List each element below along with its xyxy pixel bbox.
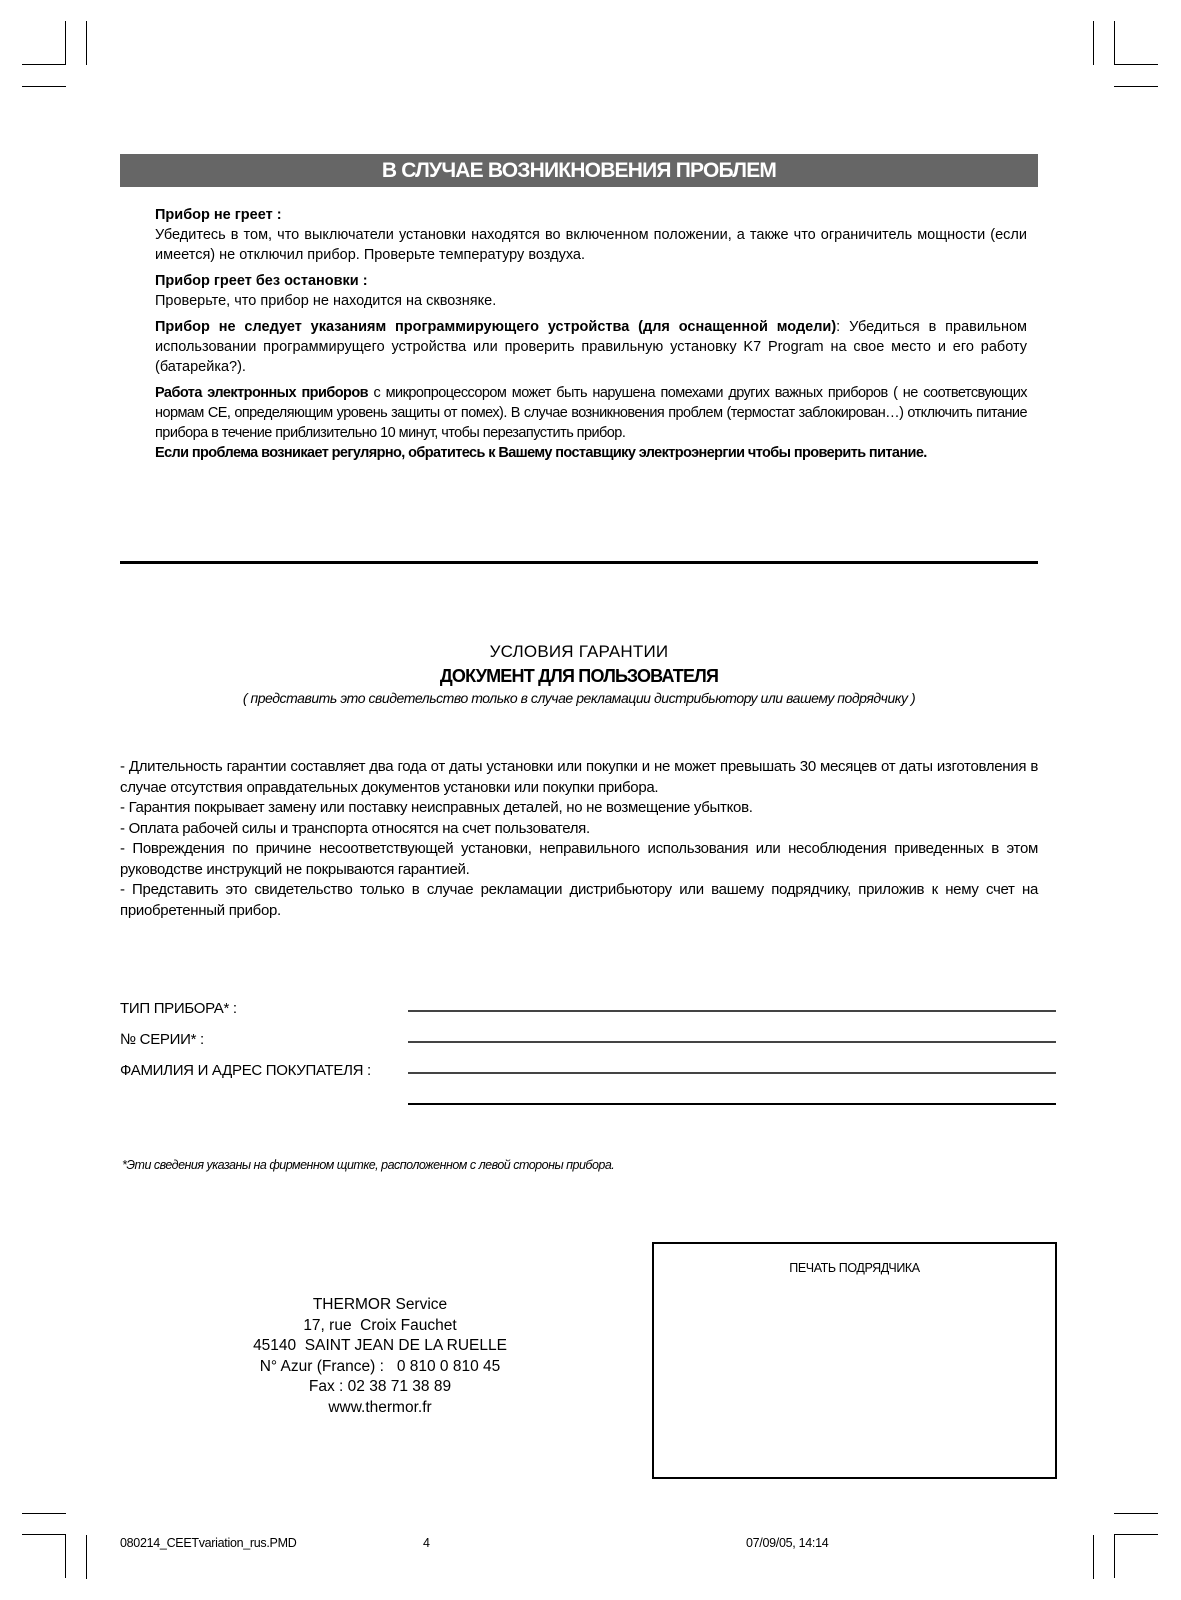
footnote: *Эти сведения указаны на фирменном щитке…	[122, 1158, 614, 1172]
trouble-item: Работа электронных приборов с микропроце…	[155, 383, 1027, 443]
warranty-condition: - Представить это свидетельство только в…	[120, 880, 1038, 921]
trouble-text: Убедитесь в том, что выключатели установ…	[155, 227, 1027, 263]
trouble-item: Прибор не следует указаниям программирую…	[155, 317, 1027, 377]
crop-mark	[65, 1534, 66, 1578]
crop-mark	[22, 1534, 66, 1535]
trouble-heading: Прибор греет без остановки :	[155, 273, 368, 289]
crop-mark	[1114, 1513, 1158, 1514]
warranty-note: ( представить это свидетельство только в…	[120, 690, 1038, 706]
crop-mark	[1093, 1535, 1094, 1579]
crop-mark	[22, 64, 66, 65]
footer-datetime: 07/09/05, 14:14	[746, 1536, 828, 1550]
trouble-text: Проверьте, что прибор не находится на ск…	[155, 293, 496, 309]
stamp-label: ПЕЧАТЬ ПОДРЯДЧИКА	[654, 1261, 1055, 1275]
trouble-item: Прибор не греет : Убедитесь в том, что в…	[155, 205, 1027, 265]
trouble-heading: Прибор не греет :	[155, 207, 282, 223]
address-line: N° Azur (France) : 0 810 0 810 45	[230, 1357, 530, 1378]
crop-mark	[1114, 64, 1158, 65]
warranty-subtitle: ДОКУМЕНТ ДЛЯ ПОЛЬЗОВАТЕЛЯ	[120, 666, 1038, 687]
address-line: Fax : 02 38 71 38 89	[230, 1377, 530, 1398]
serial-field[interactable]	[408, 1041, 1056, 1043]
address-line: 45140 SAINT JEAN DE LA RUELLE	[230, 1336, 530, 1357]
service-address: THERMOR Service 17, rue Croix Fauchet 45…	[230, 1295, 530, 1418]
address-line: 17, rue Croix Fauchet	[230, 1316, 530, 1337]
device-type-label: ТИП ПРИБОРА* :	[120, 1000, 237, 1017]
address-link[interactable]: www.thermor.fr	[230, 1398, 530, 1419]
crop-mark	[86, 1535, 87, 1579]
warranty-conditions: - Длительность гарантии составляет два г…	[120, 757, 1038, 921]
warranty-condition: - Гарантия покрывает замену или поставку…	[120, 798, 1038, 819]
address-line: THERMOR Service	[230, 1295, 530, 1316]
crop-mark	[86, 21, 87, 65]
buyer-label: ФАМИЛИЯ И АДРЕС ПОКУПАТЕЛЯ :	[120, 1062, 371, 1079]
section-divider	[120, 561, 1038, 564]
warranty-condition: - Повреждения по причине несоответствующ…	[120, 839, 1038, 880]
crop-mark	[1093, 21, 1094, 65]
footer-filename: 080214_CEETvariation_rus.PMD	[120, 1536, 296, 1550]
footer-page-number: 4	[423, 1536, 430, 1550]
trouble-final-note: Если проблема возникает регулярно, обрат…	[155, 443, 1027, 463]
crop-mark	[65, 21, 66, 65]
crop-mark	[1114, 1534, 1158, 1535]
buyer-field[interactable]	[408, 1072, 1056, 1074]
trouble-heading: Прибор не следует указаниям программирую…	[155, 319, 836, 335]
trouble-heading: Работа электронных приборов	[155, 385, 368, 401]
crop-mark	[22, 1513, 66, 1514]
contractor-stamp-box: ПЕЧАТЬ ПОДРЯДЧИКА	[652, 1242, 1057, 1479]
buyer-field-line-2[interactable]	[408, 1103, 1056, 1105]
crop-mark	[1114, 21, 1115, 65]
device-type-field[interactable]	[408, 1010, 1056, 1012]
crop-mark	[22, 86, 66, 87]
troubleshooting-section: Прибор не греет : Убедитесь в том, что в…	[155, 205, 1027, 469]
warranty-title: УСЛОВИЯ ГАРАНТИИ	[120, 642, 1038, 662]
troubleshooting-title: В СЛУЧАЕ ВОЗНИКНОВЕНИЯ ПРОБЛЕМ	[120, 154, 1038, 187]
trouble-item: Прибор греет без остановки : Проверьте, …	[155, 271, 1027, 311]
crop-mark	[1114, 86, 1158, 87]
warranty-condition: - Оплата рабочей силы и транспорта относ…	[120, 819, 1038, 840]
serial-label: № СЕРИИ* :	[120, 1031, 204, 1048]
warranty-condition: - Длительность гарантии составляет два г…	[120, 757, 1038, 798]
crop-mark	[1114, 1534, 1115, 1578]
